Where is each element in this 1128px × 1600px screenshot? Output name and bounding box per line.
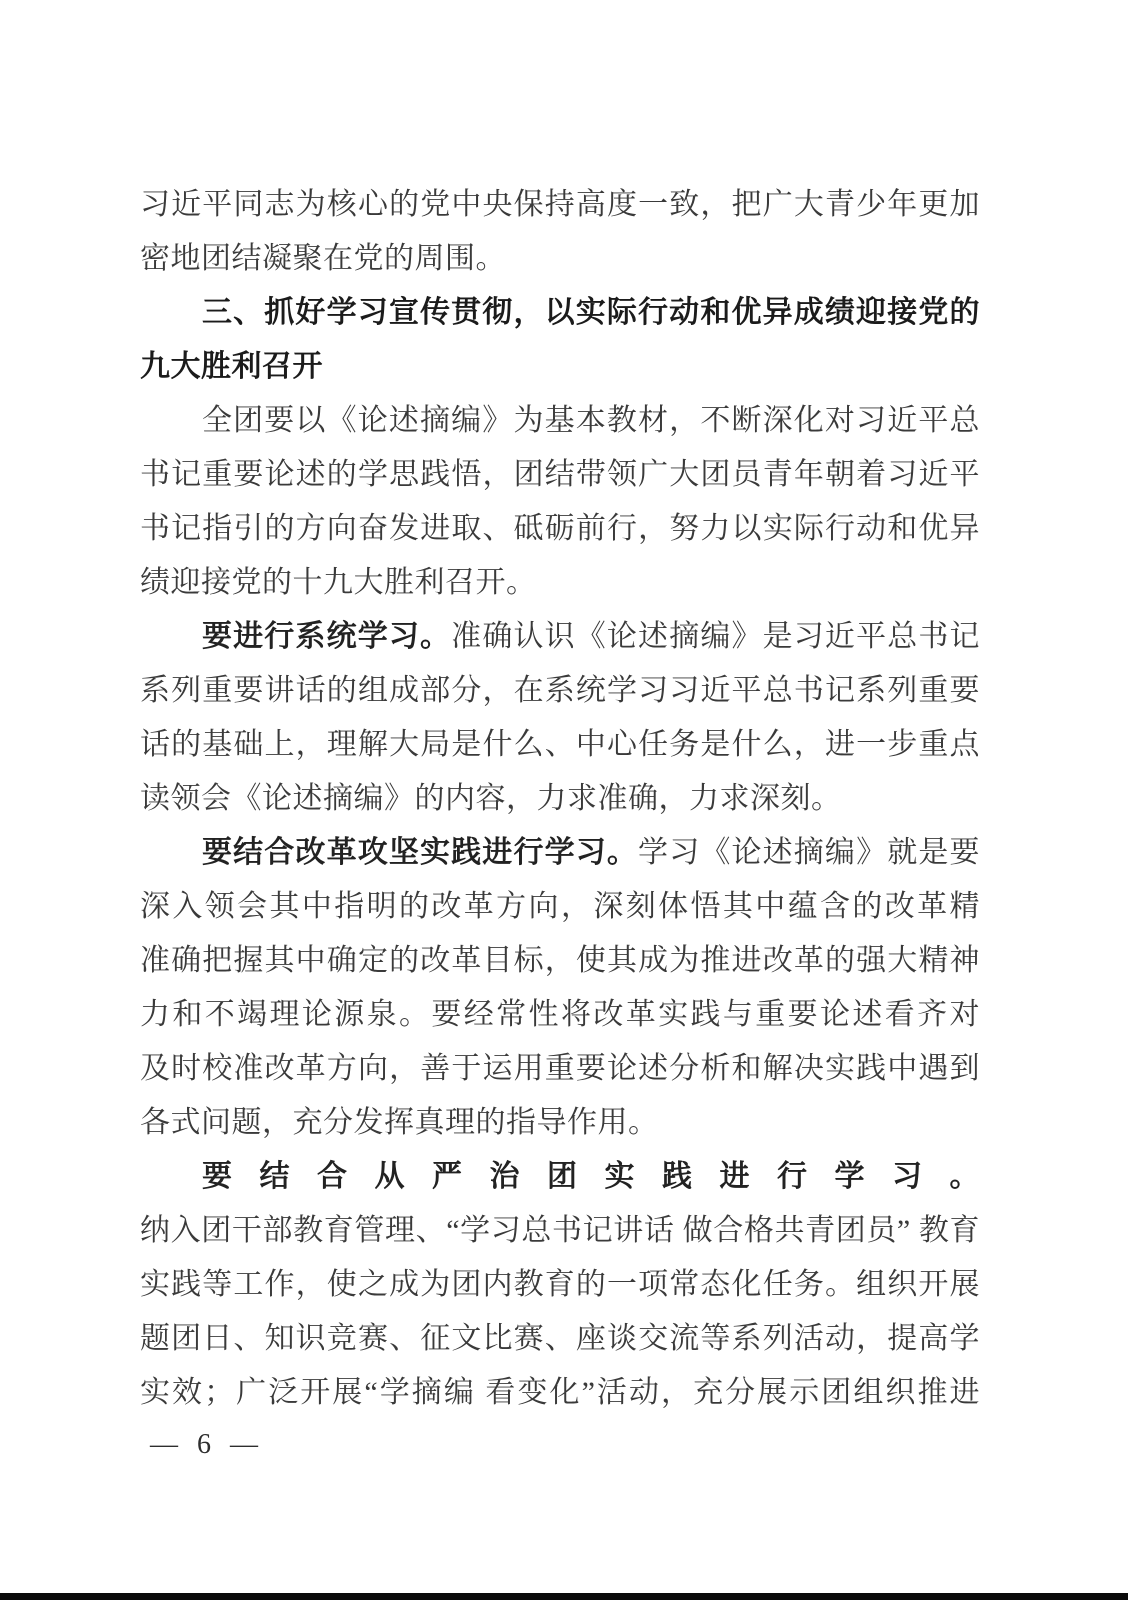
body-text: 准确认识《论述摘编》是习近平总书记 (451, 620, 980, 653)
section-heading-line: 九大胜利召开 (140, 340, 980, 394)
body-line: 习近平同志为核心的党中央保持高度一致，把广大青少年更加紧 (140, 178, 980, 232)
body-line: 准确把握其中确定的改革目标，使其成为推进改革的强大精神动 (140, 934, 980, 988)
paragraph-lead: 要结合从严治团实践进行学习。 (202, 1160, 980, 1193)
body-line: 书记指引的方向奋发进取、砥砺前行，努力以实际行动和优异成 (140, 502, 980, 556)
body-line: 要结合改革攻坚实践进行学习。学习《论述摘编》就是要 (140, 826, 980, 880)
page-edge-band (0, 1593, 1128, 1600)
body-line: 深入领会其中指明的改革方向，深刻体悟其中蕴含的改革精神， (140, 880, 980, 934)
body-line: 力和不竭理论源泉。要经常性将改革实践与重要论述看齐对标， (140, 988, 980, 1042)
body-line: 密地团结凝聚在党的周围。 (140, 232, 980, 286)
body-text: 学习《论述摘编》就是要 (638, 836, 980, 869)
body-line: 及时校准改革方向，善于运用重要论述分析和解决实践中遇到的 (140, 1042, 980, 1096)
body-line: 话的基础上，理解大局是什么、中心任务是什么，进一步重点研 (140, 718, 980, 772)
document-body: 习近平同志为核心的党中央保持高度一致，把广大青少年更加紧 密地团结凝聚在党的周围… (140, 178, 980, 1420)
body-line: 读领会《论述摘编》的内容，力求准确，力求深刻。 (140, 772, 980, 826)
body-line: 实效；广泛开展“学摘编 看变化”活动，充分展示团组织推进 (140, 1366, 980, 1420)
body-line: 实践等工作，使之成为团内教育的一项常态化任务。组织开展主 (140, 1258, 980, 1312)
body-line: 全团要以《论述摘编》为基本教材，不断深化对习近平总 (140, 394, 980, 448)
body-line: 系列重要讲话的组成部分，在系统学习习近平总书记系列重要讲 (140, 664, 980, 718)
body-line: 题团日、知识竞赛、征文比赛、座谈交流等系列活动，提高学习 (140, 1312, 980, 1366)
body-line: 各式问题，充分发挥真理的指导作用。 (140, 1096, 980, 1150)
body-line: 要进行系统学习。准确认识《论述摘编》是习近平总书记 (140, 610, 980, 664)
body-line: 绩迎接党的十九大胜利召开。 (140, 556, 980, 610)
body-line: 要结合从严治团实践进行学习。要把组织学习《论述摘编》 (140, 1150, 980, 1204)
body-line: 纳入团干部教育管理、“学习总书记讲话 做合格共青团员” 教育 (140, 1204, 980, 1258)
paragraph-lead: 要进行系统学习。 (202, 620, 451, 653)
section-heading-line: 三、抓好学习宣传贯彻，以实际行动和优异成绩迎接党的十 (140, 286, 980, 340)
document-page: 习近平同志为核心的党中央保持高度一致，把广大青少年更加紧 密地团结凝聚在党的周围… (0, 0, 1128, 1600)
body-line: 书记重要论述的学思践悟，团结带领广大团员青年朝着习近平总 (140, 448, 980, 502)
page-number: — 6 — (150, 1418, 264, 1472)
paragraph-lead: 要结合改革攻坚实践进行学习。 (202, 836, 638, 869)
